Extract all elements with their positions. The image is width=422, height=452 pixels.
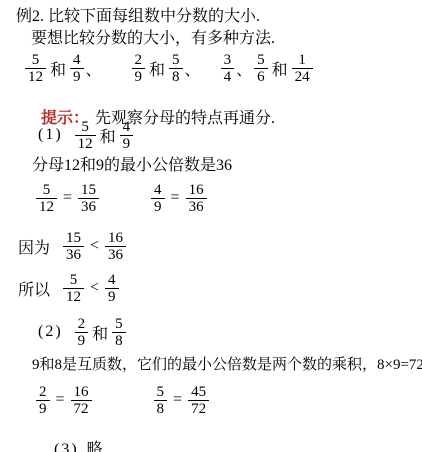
and-connector: 和 <box>50 57 66 80</box>
because-line: 因为 1536 < 1636 <box>18 227 416 265</box>
fraction: 1536 <box>78 182 99 215</box>
fraction: 124 <box>292 52 313 85</box>
fraction: 49 <box>120 119 134 152</box>
part3-text: 略 <box>87 441 103 452</box>
therefore-line: 所以 512 < 49 <box>18 269 416 307</box>
fraction: 4572 <box>188 384 209 417</box>
lcm-statement: 分母12和9的最小公倍数是36 <box>32 157 416 174</box>
intro-line: 要想比较分数的大小，有多种方法. <box>31 30 416 47</box>
and-connector: 和 <box>149 57 165 80</box>
and-connector: 和 <box>92 321 108 344</box>
fraction: 512 <box>25 52 46 85</box>
and-connector: 和 <box>272 57 288 80</box>
equals-sign: = <box>63 189 72 207</box>
equals-sign: = <box>173 391 182 409</box>
part1-index: (1) <box>38 126 63 144</box>
fraction: 1536 <box>63 230 84 263</box>
and-connector: 和 <box>100 124 116 147</box>
fraction: 56 <box>254 52 268 85</box>
part2-index: (2) <box>38 323 63 341</box>
fraction: 29 <box>75 316 89 349</box>
fraction: 34 <box>221 52 235 85</box>
fraction: 58 <box>169 52 183 85</box>
fraction: 58 <box>112 316 126 349</box>
because-label: 因为 <box>18 235 50 258</box>
list-separator: 、 <box>86 57 102 80</box>
less-than-sign: < <box>90 279 99 297</box>
list-separator: 、 <box>236 57 252 80</box>
hint-line: 提示：先观察分母的特点再通分. <box>25 93 416 110</box>
fraction: 512 <box>36 182 57 215</box>
fraction-groups-line: 512 和 49 、 29 和 58 、 34 、 56 和 124 <box>25 49 416 87</box>
fraction: 29 <box>132 52 146 85</box>
part1-conversions: 512 = 1536 49 = 1636 <box>36 179 416 217</box>
fraction: 49 <box>151 182 165 215</box>
fraction: 1636 <box>186 182 207 215</box>
math-worksheet: 例2. 比较下面每组数中分数的大小. 要想比较分数的大小，有多种方法. 512 … <box>0 0 422 452</box>
coprime-statement: 9和8是互质数，它们的最小公倍数是两个数的乘积，8×9=72 <box>32 357 416 374</box>
fraction: 29 <box>36 384 50 417</box>
part3-line: (3)略 <box>38 424 416 441</box>
fraction: 1672 <box>71 384 92 417</box>
fraction: 1636 <box>105 230 126 263</box>
example-title: 例2. 比较下面每组数中分数的大小. <box>16 8 416 25</box>
fraction: 512 <box>63 272 84 305</box>
therefore-label: 所以 <box>18 277 50 300</box>
part3-index: (3) <box>54 441 79 452</box>
equals-sign: = <box>171 189 180 207</box>
part2-conversions: 29 = 1672 58 = 4572 <box>36 381 416 419</box>
fraction: 49 <box>70 52 84 85</box>
list-separator: 、 <box>185 57 201 80</box>
equals-sign: = <box>56 391 65 409</box>
fraction: 49 <box>105 272 119 305</box>
fraction: 512 <box>75 119 96 152</box>
less-than-sign: < <box>90 237 99 255</box>
fraction: 58 <box>154 384 168 417</box>
part2-heading: (2) 29 和 58 <box>38 313 416 351</box>
